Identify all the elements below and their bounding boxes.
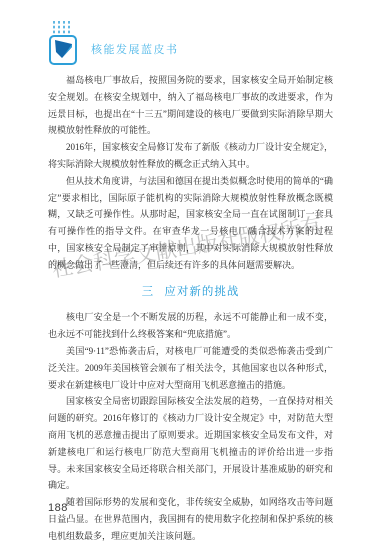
- paragraph: 国家核安全局密切跟踪国际核安全法发展的趋势，一直保持对相关问题的研究。2016年…: [48, 393, 333, 494]
- section-heading: 三应对新的挑战: [48, 284, 333, 301]
- page-content: 福岛核电厂事故后，按照国务院的要求，国家核安全局开始制定核安全规划。在核安全规划…: [48, 72, 333, 545]
- paragraph: 随着国际形势的发展和变化，非传统安全威胁，如网络攻击等问题日益凸显。在世界范围内…: [48, 494, 333, 544]
- section-title: 应对新的挑战: [164, 286, 239, 298]
- page-header: 核能发展蓝皮书: [48, 20, 179, 66]
- paragraph: 核电厂安全是一个不断发展的历程，永远不可能静止和一成不变，也永远不可能找到什么终…: [48, 309, 333, 343]
- blue-book-logo-icon: [48, 20, 82, 66]
- book-page: 核能发展蓝皮书 社会科学文献出版社版权所有 福岛核电厂事故后，按照国务院的要求，…: [0, 0, 380, 548]
- section-number: 三: [142, 286, 155, 298]
- paragraph: 美国“9·11”恐怖袭击后，对核电厂可能遭受的类似恐怖袭击受到广泛关注。2009…: [48, 343, 333, 393]
- book-series-title: 核能发展蓝皮书: [91, 41, 179, 66]
- paragraph: 但从技术角度讲，与法国和德国在提出类似概念时使用的简单的“确定”要求相比，国际原…: [48, 173, 333, 274]
- paragraph: 2016年，国家核安全局修订发布了新版《核动力厂设计安全规定》，将实际消除大规模…: [48, 139, 333, 173]
- paragraph: 福岛核电厂事故后，按照国务院的要求，国家核安全局开始制定核安全规划。在核安全规划…: [48, 72, 333, 139]
- page-number: 188: [48, 502, 68, 514]
